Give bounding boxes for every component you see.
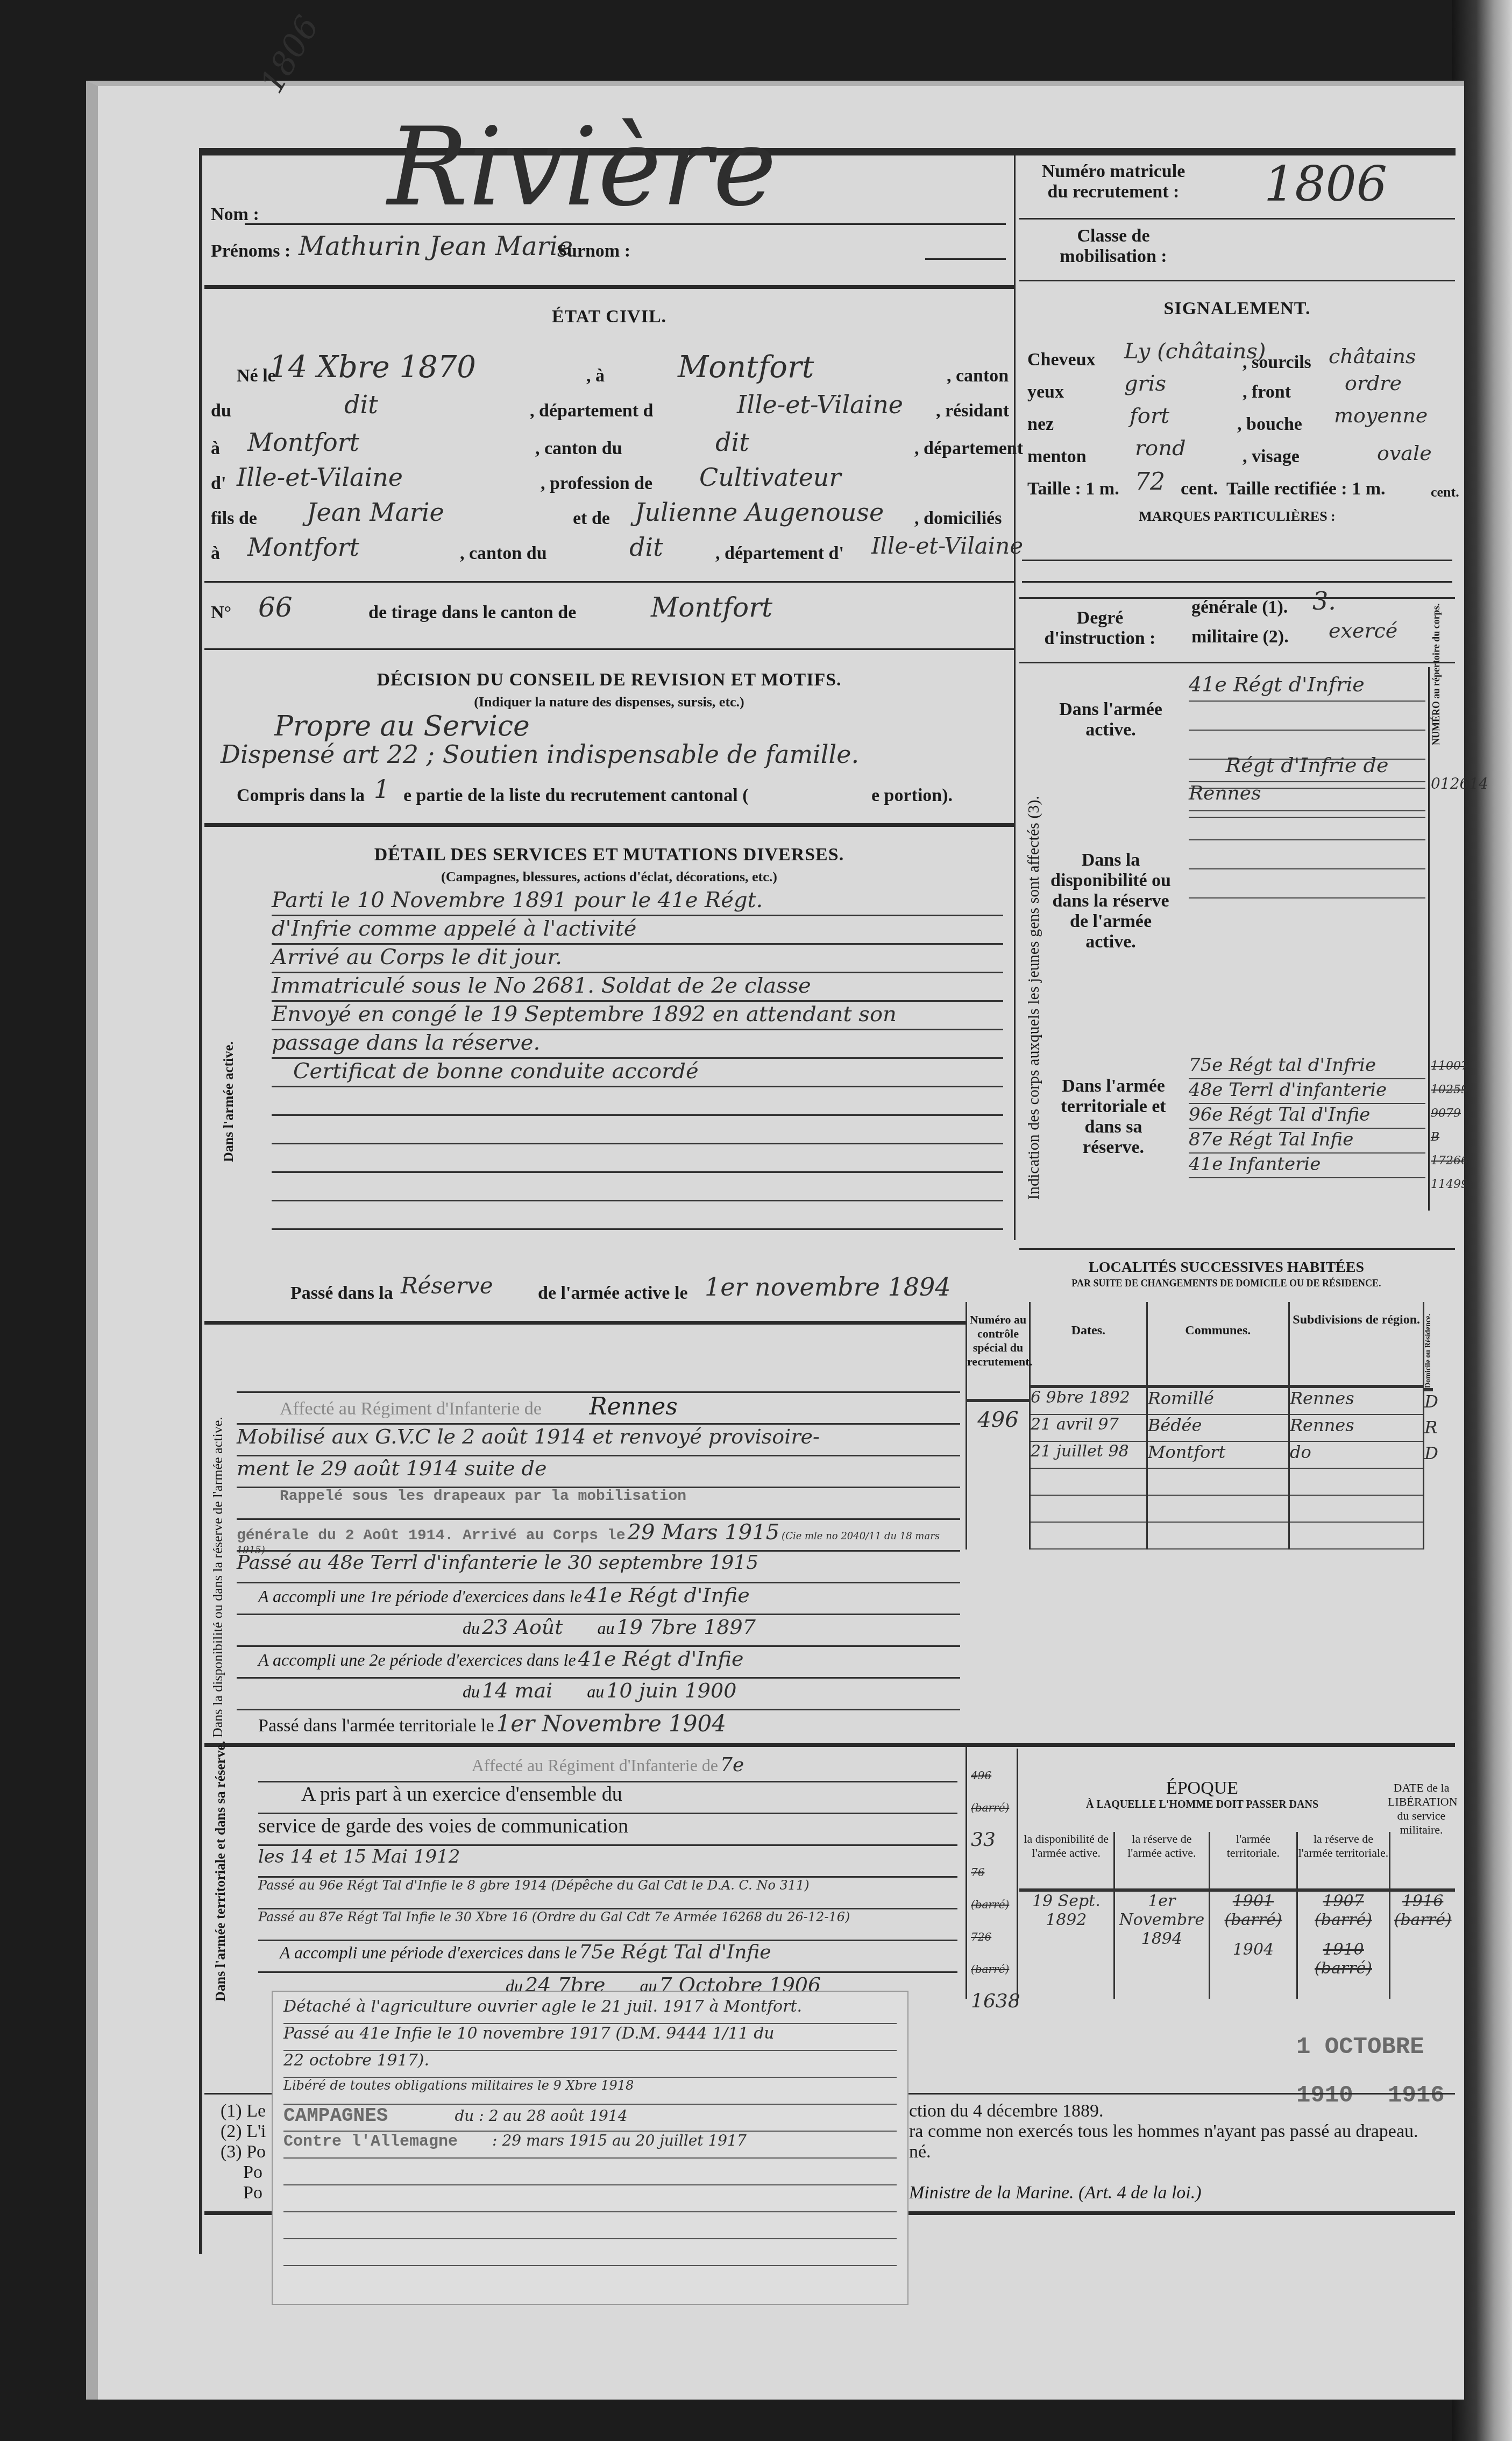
- birth-canton: dit: [344, 390, 378, 419]
- taille-value: 72: [1135, 468, 1165, 496]
- divider: [1019, 1248, 1455, 1250]
- footnote-4: Po: [221, 2162, 266, 2183]
- localite-date: 21 avril 97: [1031, 1415, 1146, 1442]
- divider: [204, 581, 1014, 583]
- footnote-1-suffix: ction du 4 décembre 1889.: [909, 2101, 1418, 2121]
- yeux-value: gris: [1124, 371, 1166, 396]
- communes-col: Communes. Romillé Bédée Montfort: [1148, 1302, 1290, 1549]
- slip-lines: Détaché à l'agriculture ouvrier agle le …: [273, 1992, 907, 2272]
- numero-column-line: [1428, 667, 1430, 1211]
- service-line: Immatriculé sous le No 2681. Soldat de 2…: [272, 973, 1003, 1002]
- passe-48-line: Passé au 48e Terrl d'infanterie le 30 se…: [237, 1552, 960, 1583]
- footnote-2: (2) L'i: [221, 2121, 266, 2142]
- tirage-canton: Montfort: [651, 592, 772, 623]
- departement-label: , département d: [530, 401, 653, 421]
- yeux-label: yeux: [1027, 382, 1064, 402]
- nom-value: Rivière: [387, 105, 777, 230]
- divider: [1019, 280, 1455, 281]
- visage-label: , visage: [1243, 447, 1300, 467]
- periode2-au: 10 juin 1900: [606, 1679, 736, 1702]
- d-label: d': [211, 473, 226, 494]
- epoque-subtitle: À LAQUELLE L'HOMME DOIT PASSER DANS: [1019, 1799, 1385, 1811]
- corps-numero: 11007: [1431, 1055, 1458, 1078]
- slip-line: Libéré de toutes obligations militaires …: [283, 2078, 897, 2105]
- corps-active-label: Dans l'armée active.: [1054, 699, 1167, 740]
- reserve-line: [237, 1361, 960, 1393]
- corps-active-line: [1189, 702, 1425, 731]
- decision-line-2: Dispensé art 22 ; Soutien indispensable …: [221, 740, 859, 769]
- epoque-col-header: la disponibilité de l'armée active.: [1019, 1832, 1113, 1892]
- birth-place: Montfort: [678, 350, 814, 385]
- corps-disponibilite-numero: 012614: [1431, 775, 1488, 793]
- territoriale-side-label: Dans l'armée territoriale et dans sa rés…: [212, 1732, 229, 2001]
- fils-de-label: fils de: [211, 508, 257, 529]
- et-de-label: et de: [573, 508, 610, 529]
- date-stamp-octobre: 1 OCTOBRE: [1296, 2034, 1424, 2061]
- territoriale-passage-label: Passé dans l'armée territoriale le: [237, 1716, 494, 1736]
- periode2-dates: du 14 mai au 10 juin 1900: [237, 1679, 960, 1710]
- service-line: passage dans la réserve.: [272, 1030, 1003, 1059]
- parents-domicile: Montfort: [247, 533, 359, 562]
- territoriale-line: les 14 et 15 Mai 1912: [258, 1846, 957, 1878]
- liberation-col: 1916 (barré): [1390, 1832, 1455, 1999]
- localite-commune: Bédée: [1148, 1415, 1288, 1442]
- reserve-lines: Affecté au Régiment d'Infanterie de Renn…: [237, 1361, 960, 1740]
- domicile-a-label: à: [211, 543, 220, 564]
- liberation-value: 1916 (barré): [1390, 1892, 1455, 1929]
- corps-active-line: 41e Régt d'Infrie: [1189, 673, 1425, 702]
- periode2-du: 14 mai: [482, 1679, 552, 1702]
- service-line: Envoyé en congé le 19 Septembre 1892 en …: [272, 1002, 1003, 1030]
- taille-cent: cent.: [1181, 479, 1218, 499]
- corps-disponibilite-line: [1189, 869, 1425, 898]
- numero-column-line: [966, 1746, 967, 1999]
- father-name: Jean Marie: [307, 498, 444, 527]
- affecte-label: Affecté au Régiment d'Infanterie de: [237, 1399, 542, 1419]
- reserve-line: ment le 29 août 1914 suite de: [237, 1456, 960, 1488]
- epoque-col-header: la réserve de l'armée territoriale.: [1298, 1832, 1389, 1892]
- epoque-col-header: l'armée territoriale.: [1210, 1832, 1296, 1892]
- instruction-generale-value: 3.: [1312, 586, 1336, 615]
- corps-disponibilite-line: [1189, 811, 1425, 840]
- residence-departement: Ille-et-Vilaine: [237, 463, 403, 492]
- epoque-columns: la disponibilité de l'armée active. 19 S…: [1019, 1832, 1455, 1999]
- passe-reserve-label: Passé dans la: [290, 1283, 393, 1304]
- affecte-value: Rennes: [546, 1393, 677, 1420]
- service-line: [272, 1116, 1003, 1144]
- slip-line: [283, 2239, 897, 2266]
- nez-label: nez: [1027, 414, 1054, 435]
- services-subtitle: (Campagnes, blessures, actions d'éclat, …: [204, 869, 1014, 885]
- column-divider: [1014, 153, 1016, 1240]
- surnom-line: [925, 258, 1006, 260]
- communes-header: Communes.: [1148, 1302, 1288, 1388]
- slip-contre-line: Contre l'Allemagne : 29 mars 1915 au 20 …: [283, 2132, 897, 2159]
- divider: [204, 648, 1014, 650]
- visage-value: ovale: [1377, 441, 1432, 465]
- territoriale-lines: Affecté au Régiment d'Infanterie de 7e A…: [258, 1754, 957, 2003]
- footnote-5: Po: [221, 2183, 266, 2203]
- classe-label: Classe de mobilisation :: [1038, 226, 1189, 267]
- residence: Montfort: [247, 428, 359, 457]
- corps-numero: 10259: [1431, 1078, 1458, 1102]
- matricule-value: 1806: [1264, 156, 1387, 213]
- corps-territoriale-label: Dans l'armée territoriale et dans sa rés…: [1054, 1076, 1173, 1158]
- divider: [204, 285, 1014, 289]
- periode1-corps: 41e Régt d'Infie: [584, 1583, 750, 1607]
- decision-line-1: Propre au Service: [274, 710, 530, 742]
- localite-dr: R: [1424, 1417, 1450, 1443]
- localite-date: [1031, 1496, 1146, 1523]
- au-label: au: [555, 1682, 604, 1701]
- instruction-militaire-label: militaire (2).: [1191, 627, 1289, 647]
- parents-departement: Ille-et-Vilaine: [871, 533, 1023, 559]
- corps-territoriale-numeros: 11007 10259 9079 B 17266 11499: [1431, 1055, 1458, 1197]
- localites-title: LOCALITÉS SUCCESSIVES HABITÉES: [1017, 1259, 1436, 1276]
- corps-numero: 11499: [1431, 1173, 1458, 1197]
- sourcils-value: châtains: [1329, 344, 1416, 368]
- services-side-label: Dans l'armée active.: [221, 1041, 237, 1162]
- corps-disponibilite-line: [1189, 840, 1425, 869]
- surnom-label: Surnom :: [557, 241, 630, 261]
- territoriale-periode-label: A accompli une période d'exercices dans …: [258, 1943, 577, 1962]
- service-line: Certificat de bonne conduite accordé: [272, 1059, 1003, 1087]
- corps-territoriale-line: 48e Terrl d'infanterie: [1189, 1079, 1425, 1104]
- footnote-3: (3) Po: [221, 2142, 266, 2162]
- nom-label: Nom :: [211, 204, 259, 225]
- prenoms-value: Mathurin Jean Marie: [299, 231, 573, 261]
- parents-canton: dit: [629, 533, 663, 562]
- liberation-col-header: [1390, 1832, 1455, 1892]
- campagnes-stamp: CAMPAGNES: [283, 2105, 388, 2127]
- epoque-value: 1904: [1210, 1929, 1296, 1959]
- epoque-col: la réserve de l'armée active. 1er Novemb…: [1115, 1832, 1211, 1999]
- corps-disponibilite-line: Régt d'Infrie de: [1189, 753, 1425, 782]
- decision-title: DÉCISION DU CONSEIL DE REVISION ET MOTIF…: [204, 670, 1014, 690]
- epoque-col: la réserve de l'armée territoriale. 1907…: [1298, 1832, 1391, 1999]
- territoriale-line: A pris part à un exercice d'ensemble du: [258, 1782, 957, 1814]
- bouche-label: , bouche: [1237, 414, 1302, 435]
- epoque-value: 1er Novembre 1894: [1115, 1892, 1209, 1948]
- corps-disponibilite-line: Rennes: [1189, 782, 1425, 811]
- footnote-2-suffix: ra comme non exercés tous les hommes n'a…: [909, 2121, 1418, 2142]
- reserve-line: Mobilisé aux G.V.C le 2 août 1914 et ren…: [237, 1425, 960, 1456]
- residence-canton: dit: [715, 428, 749, 457]
- subdivisions-header: Subdivisions de région.: [1290, 1302, 1423, 1388]
- localite-subdivision: [1290, 1496, 1423, 1523]
- corps-disponibilite-lines: Régt d'Infrie de Rennes: [1189, 753, 1425, 898]
- localite-commune: Montfort: [1148, 1442, 1288, 1469]
- liberation-header: DATE de la LIBÉRATION du service militai…: [1388, 1781, 1455, 1837]
- periode1-line: A accompli une 1re période d'exercices d…: [237, 1583, 960, 1615]
- campagne-2: : 29 mars 1915 au 20 juillet 1917: [460, 2132, 747, 2149]
- footnotes-left: (1) Le (2) L'i (3) Po Po Po: [221, 2101, 266, 2203]
- services-lines: Parti le 10 Novembre 1891 pour le 41e Ré…: [272, 888, 1003, 1230]
- periode1-du: 23 Août: [482, 1615, 563, 1639]
- epoque-title: ÉPOQUE: [1019, 1778, 1385, 1799]
- dr-header: Domicile ou Résidence.: [1424, 1302, 1433, 1391]
- footnote-3-suffix: né.: [909, 2142, 1418, 2162]
- slip-campagnes-line: CAMPAGNES du : 2 au 28 août 1914: [283, 2105, 897, 2132]
- subdivisions-col: Subdivisions de région. Rennes Rennes do: [1290, 1302, 1424, 1549]
- corps-disponibilite-label: Dans la disponibilité ou dans la réserve…: [1049, 850, 1173, 952]
- dates-col: Dates. 6 9bre 1892 21 avril 97 21 juille…: [1031, 1302, 1148, 1549]
- territoriale-line: Passé au 87e Régt Tal Infie le 30 Xbre 1…: [258, 1909, 957, 1941]
- localites-table: Numéro au contrôle spécial du recrutemen…: [966, 1302, 1450, 1549]
- localite-subdivision: Rennes: [1290, 1415, 1423, 1442]
- marques-line: [1022, 560, 1452, 561]
- campagne-1: du : 2 au 28 août 1914: [390, 2107, 627, 2125]
- footnote-1: (1) Le: [221, 2101, 266, 2121]
- front-value: ordre: [1345, 371, 1402, 395]
- service-line: [272, 1201, 1003, 1230]
- arrive-value: 29 Mars 1915: [628, 1520, 780, 1545]
- contre-allemagne-stamp: Contre l'Allemagne: [283, 2133, 458, 2151]
- front-label: , front: [1243, 382, 1291, 402]
- domicile-dept-label: , département d': [715, 543, 844, 564]
- numero-controle-value: 496: [967, 1402, 1029, 1432]
- localite-commune: [1148, 1523, 1288, 1549]
- slip-line: [283, 2212, 897, 2239]
- epoque-left-line: [1017, 1749, 1018, 2001]
- passe-reserve-date: 1er novembre 1894: [705, 1272, 951, 1301]
- service-line: Arrivé au Corps le dit jour.: [272, 945, 1003, 973]
- corps-territoriale-lines: 75e Régt tal d'Infrie 48e Terrl d'infant…: [1189, 1055, 1425, 1178]
- numero-controle-header: Numéro au contrôle spécial du recrutemen…: [967, 1302, 1029, 1402]
- tirage-canton-label: de tirage dans le canton de: [368, 603, 576, 623]
- mother-name: Julienne Augenouse: [635, 498, 884, 527]
- matricule-label: Numéro matricule du recrutement :: [1038, 161, 1189, 202]
- epoque-value: 1907 (barré): [1298, 1892, 1389, 1929]
- signalement-title: SIGNALEMENT.: [1019, 299, 1455, 319]
- sourcils-label: , sourcils: [1243, 352, 1311, 373]
- dates-header: Dates.: [1031, 1302, 1146, 1388]
- corps-numero: B 17266: [1431, 1126, 1458, 1173]
- service-line: d'Infrie comme appelé à l'activité: [272, 916, 1003, 945]
- periode1-dates: du 23 Août au 19 7bre 1897: [237, 1615, 960, 1647]
- generale-stamp: générale du 2 Août 1914. Arrivé au Corps…: [237, 1527, 626, 1544]
- territoriale-periode-corps: 75e Régt Tal d'Infie: [579, 1941, 771, 1963]
- slip-line: [283, 2159, 897, 2185]
- slip-line: Détaché à l'agriculture ouvrier agle le …: [283, 1997, 897, 2024]
- epoque-col: l'armée territoriale. 1901 (barré) 1904: [1210, 1832, 1298, 1999]
- corps-side-label: Indication des corps auxquels les jeunes…: [1025, 716, 1043, 1200]
- territoriale-affecte-line: Affecté au Régiment d'Infanterie de 7e: [258, 1754, 957, 1782]
- footnotes-right: ction du 4 décembre 1889. ra comme non e…: [909, 2101, 1418, 2203]
- dr-col: Domicile ou Résidence. D R D: [1424, 1302, 1450, 1549]
- corps-territoriale-line: 41e Infanterie: [1189, 1154, 1425, 1178]
- domicilies-label: , domiciliés: [914, 508, 1002, 529]
- du-label: du: [463, 1682, 480, 1701]
- service-line: Parti le 10 Novembre 1891 pour le 41e Ré…: [272, 888, 1003, 916]
- domicile-canton-label: , canton du: [460, 543, 547, 564]
- services-title: DÉTAIL DES SERVICES ET MUTATIONS DIVERSE…: [204, 845, 1014, 865]
- epoque-header: ÉPOQUE À LAQUELLE L'HOMME DOIT PASSER DA…: [1019, 1778, 1385, 1811]
- du-label: du: [463, 1618, 480, 1638]
- territoriale-affecte-label: Affecté au Régiment d'Infanterie de: [472, 1756, 718, 1775]
- territoriale-passage-line: Passé dans l'armée territoriale le 1er N…: [237, 1710, 960, 1740]
- arrive-line: générale du 2 Août 1914. Arrivé au Corps…: [237, 1520, 960, 1552]
- etat-civil-title: ÉTAT CIVIL.: [204, 307, 1014, 327]
- compris-partie: 1: [374, 775, 389, 804]
- corps-numero: 9079: [1431, 1102, 1458, 1126]
- rappele-stamp: Rappelé sous les drapeaux par la mobilis…: [237, 1488, 960, 1520]
- birth-departement: Ille-et-Vilaine: [737, 390, 903, 419]
- territoriale-line: Passé au 96e Régt Tal d'Infie le 8 gbre …: [258, 1878, 957, 1909]
- portion-suffix: e portion).: [871, 786, 953, 806]
- localite-subdivision: [1290, 1469, 1423, 1496]
- numero-controle-col: Numéro au contrôle spécial du recrutemen…: [966, 1302, 1031, 1549]
- taille-label: Taille : 1 m.: [1027, 479, 1119, 499]
- cheveux-label: Cheveux: [1027, 350, 1096, 370]
- corps-territoriale-line: 87e Régt Tal Infie: [1189, 1129, 1425, 1154]
- pasted-slip: Détaché à l'agriculture ouvrier agle le …: [272, 1991, 908, 2305]
- tirage-no-label: N°: [211, 603, 231, 623]
- passe-reserve-value: Réserve: [401, 1272, 493, 1299]
- localite-subdivision: [1290, 1523, 1423, 1549]
- taille-rectifiee-cent: cent.: [1431, 484, 1459, 500]
- affecte-line: Affecté au Régiment d'Infanterie de Renn…: [237, 1393, 960, 1425]
- localite-dr: D: [1424, 1443, 1450, 1469]
- localite-commune: [1148, 1469, 1288, 1496]
- marques-label: MARQUES PARTICULIÈRES :: [1019, 508, 1455, 525]
- tirage-number: 66: [258, 592, 293, 623]
- periode1-label: A accompli une 1re période d'exercices d…: [237, 1587, 582, 1606]
- residant-label: , résidant: [936, 401, 1009, 421]
- localite-date: [1031, 1469, 1146, 1496]
- taille-rectifiee-label: Taille rectifiée : 1 m.: [1226, 479, 1386, 499]
- territoriale-passage-value: 1er Novembre 1904: [496, 1710, 727, 1737]
- slip-line: 22 octobre 1917).: [283, 2051, 897, 2078]
- periode2-corps: 41e Régt d'Infie: [578, 1647, 744, 1671]
- periode2-label: A accompli une 2e période d'exercices da…: [237, 1650, 576, 1669]
- localite-subdivision: do: [1290, 1442, 1423, 1469]
- instruction-militaire-value: exercé: [1329, 619, 1397, 642]
- corps-numero-header: NUMÉRO au répertoire du corps.: [1431, 604, 1442, 745]
- instruction-label: Degré d'instruction :: [1038, 608, 1162, 649]
- service-line: [272, 1087, 1003, 1116]
- localite-date: 6 9bre 1892: [1031, 1388, 1146, 1415]
- divider: [204, 1321, 966, 1325]
- territoriale-affecte-value: 7e: [720, 1754, 744, 1776]
- passe-reserve-mid: de l'armée active le: [538, 1283, 687, 1304]
- divider: [1019, 662, 1455, 663]
- menton-label: menton: [1027, 447, 1087, 467]
- divider: [204, 823, 1014, 827]
- footnote-5-suffix: Ministre de la Marine. (Art. 4 de la loi…: [909, 2183, 1418, 2203]
- corps-territoriale-line: 96e Régt Tal d'Infie: [1189, 1104, 1425, 1129]
- service-line: [272, 1144, 1003, 1173]
- epoque-value: 1910 (barré): [1298, 1929, 1389, 1978]
- localite-subdivision: Rennes: [1290, 1388, 1423, 1415]
- territoriale-periode-line: A accompli une période d'exercices dans …: [258, 1941, 957, 1973]
- localite-date: 21 juillet 98: [1031, 1442, 1146, 1469]
- slip-line: Passé au 41e Infie le 10 novembre 1917 (…: [283, 2024, 897, 2051]
- canton-du-label: , canton du: [535, 438, 622, 459]
- divider: [204, 1743, 1455, 1747]
- nom-line: [245, 223, 1006, 225]
- localite-commune: [1148, 1496, 1288, 1523]
- periode2-line: A accompli une 2e période d'exercices da…: [237, 1647, 960, 1679]
- residant-a-label: à: [211, 438, 220, 459]
- compris-label: Compris dans la: [237, 786, 365, 806]
- compris-suffix: e partie de la liste du recrutement cant…: [403, 786, 748, 806]
- instruction-generale-label: générale (1).: [1191, 597, 1288, 618]
- epoque-col-header: la réserve de l'armée active.: [1115, 1832, 1209, 1892]
- corps-territoriale-line: 75e Régt tal d'Infrie: [1189, 1055, 1425, 1079]
- prenoms-label: Prénoms :: [211, 241, 290, 261]
- footnote-4-suffix: [909, 2162, 1418, 2183]
- epoque-value: 1901 (barré): [1210, 1892, 1296, 1929]
- service-line: [272, 1173, 1003, 1201]
- localite-dr: D: [1424, 1391, 1450, 1417]
- periode1-au: 19 7bre 1897: [617, 1615, 756, 1639]
- canton-label: , canton: [947, 366, 1009, 386]
- au-label: au: [565, 1618, 615, 1638]
- profession-label: , profession de: [541, 473, 652, 494]
- epoque-value: 19 Sept. 1892: [1019, 1892, 1113, 1929]
- a-label: , à: [586, 366, 605, 386]
- reserve-side-label: Dans la disponibilité ou dans la réserve…: [210, 1361, 226, 1738]
- localites-subtitle: PAR SUITE DE CHANGEMENTS DE DOMICILE OU …: [1017, 1278, 1436, 1289]
- localite-date: [1031, 1523, 1146, 1549]
- menton-value: rond: [1135, 436, 1186, 461]
- localite-commune: Romillé: [1148, 1388, 1288, 1415]
- birth-date: 14 Xbre 1870: [269, 350, 476, 385]
- epoque-col: la disponibilité de l'armée active. 19 S…: [1019, 1832, 1115, 1999]
- decision-subtitle: (Indiquer la nature des dispenses, sursi…: [204, 694, 1014, 710]
- profession: Cultivateur: [699, 463, 841, 492]
- nez-value: fort: [1130, 404, 1169, 428]
- du-label: du: [211, 401, 231, 421]
- marques-line: [1022, 581, 1452, 583]
- territoriale-line: service de garde des voies de communicat…: [258, 1814, 957, 1846]
- slip-line: [283, 2185, 897, 2212]
- divider: [1019, 218, 1455, 220]
- bouche-value: moyenne: [1334, 404, 1428, 427]
- departement2-label: , département: [914, 438, 1023, 459]
